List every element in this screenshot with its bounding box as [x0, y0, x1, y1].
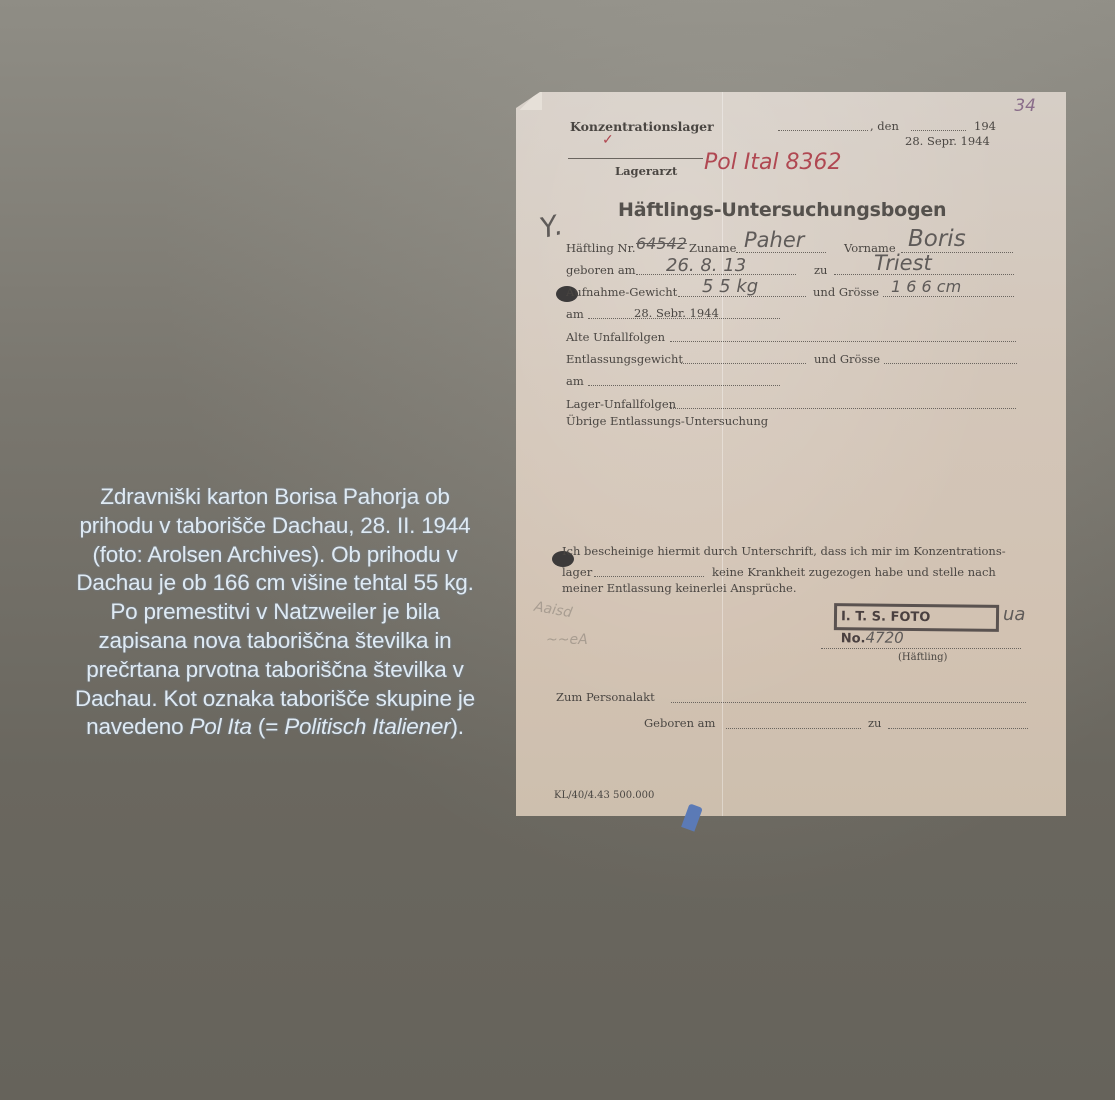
personnel-file-line: [671, 702, 1026, 703]
caption-line: (foto: Arolsen Archives). Ob prihodu v: [30, 541, 520, 570]
prisoner-no-label: Häftling Nr.: [566, 241, 636, 255]
camp-injuries-label: Lager-Unfallfolgen: [566, 397, 676, 411]
release-on-label: am: [566, 374, 584, 388]
margin-mark: Y.: [537, 208, 566, 245]
caption-line: prečrtana prvotna taboriščna številka v: [30, 656, 520, 685]
born-place-value: Triest: [874, 251, 932, 275]
other-exam-label: Übrige Entlassungs-Untersuchung: [566, 414, 768, 428]
born-place-label: zu: [814, 263, 827, 277]
old-injuries-line: [670, 341, 1016, 342]
doctor-value: Pol Ital 8362: [704, 150, 842, 175]
camp-line: [778, 130, 868, 131]
stamp-suffix: ua: [1003, 604, 1025, 625]
declaration-line-2-end: keine Krankheit zugezogen habe und stell…: [712, 565, 996, 579]
stamp-number: 4720: [865, 628, 903, 646]
on-value: 28. Sebr. 1944: [634, 306, 719, 320]
page-number: 34: [1014, 96, 1036, 116]
on-label: am: [566, 307, 584, 321]
caption-line: Po premestitvi v Natzweiler je bila: [30, 598, 520, 627]
date-label: , den: [870, 119, 899, 133]
surname-value: Paher: [744, 228, 804, 252]
caption-line: prihodu v taborišče Dachau, 28. II. 1944: [30, 512, 520, 541]
caption-italic: Pol Ita: [189, 714, 251, 739]
its-photo-stamp: I. T. S. FOTO No.4720: [834, 603, 999, 632]
declaration-camp-line: [594, 576, 704, 577]
born-label: geboren am: [566, 263, 636, 277]
prisoner-no-value: 64542: [636, 234, 687, 253]
intake-weight-value: 5 5 kg: [702, 276, 758, 297]
release-weight-label: Entlassungsgewicht: [566, 352, 683, 366]
date-stamp: 28. Sepr. 1944: [905, 134, 990, 148]
caption-line: zapisana nova taboriščna številka in: [30, 627, 520, 656]
firstname-value: Boris: [908, 226, 966, 252]
caption-line: Dachau je ob 166 cm višine tehtal 55 kg.: [30, 569, 520, 598]
born-value: 26. 8. 13: [666, 255, 746, 276]
personnel-file-label: Zum Personalakt: [556, 690, 655, 704]
born-at-label: zu: [868, 716, 881, 730]
old-injuries-label: Alte Unfallfolgen: [566, 330, 665, 344]
signature-caption: (Häftling): [898, 652, 947, 663]
camp-injuries-line: [670, 408, 1016, 409]
release-height-label: und Grösse: [814, 352, 880, 366]
form-title: Häftlings-Untersuchungsbogen: [618, 199, 946, 221]
folded-corner: [516, 92, 542, 110]
born-on-line: [726, 728, 861, 729]
check-mark-icon: ✓: [602, 132, 614, 148]
faint-pencil-mark: Aaisd: [533, 599, 573, 621]
signature-line: [821, 648, 1021, 649]
caption-italic: Politisch Italiener: [284, 714, 450, 739]
year-prefix: 194: [974, 119, 996, 133]
doctor-label: Lagerarzt: [615, 164, 677, 178]
caption-line: navedeno Pol Ita (= Politisch Italiener)…: [30, 713, 520, 742]
height-value: 1 6 6 cm: [891, 277, 961, 296]
height-label: und Grösse: [813, 285, 879, 299]
declaration-line-1: Ich bescheinige hiermit durch Unterschri…: [562, 544, 1006, 558]
faint-pencil-mark: ~~eA: [546, 632, 588, 648]
form-code: KL/40/4.43 500.000: [554, 790, 654, 801]
caption-line: Zdravniški karton Borisa Pahorja ob: [30, 483, 520, 512]
release-on-line: [588, 385, 780, 386]
declaration-line-3: meiner Entlassung keinerlei Ansprüche.: [562, 581, 797, 595]
medical-record-card: 34 Konzentrationslager , den 194 28. Sep…: [516, 92, 1066, 816]
release-height-line: [884, 363, 1017, 364]
height-line: [883, 296, 1014, 297]
release-weight-line: [681, 363, 806, 364]
declaration-line-2-start: lager: [562, 565, 592, 579]
camp-label: Konzentrationslager: [570, 119, 714, 134]
doctor-line: [568, 158, 703, 159]
exhibit-caption: Zdravniški karton Borisa Pahorja ob prih…: [30, 483, 520, 742]
caption-line: Dachau. Kot oznaka taborišče skupine je: [30, 685, 520, 714]
surname-label: Zuname: [689, 241, 736, 255]
intake-weight-label: Aufnahme-Gewicht: [566, 285, 677, 299]
date-line: [911, 130, 966, 131]
born-at-line: [888, 728, 1028, 729]
surname-line: [736, 252, 826, 253]
born-on-label: Geboren am: [644, 716, 715, 730]
